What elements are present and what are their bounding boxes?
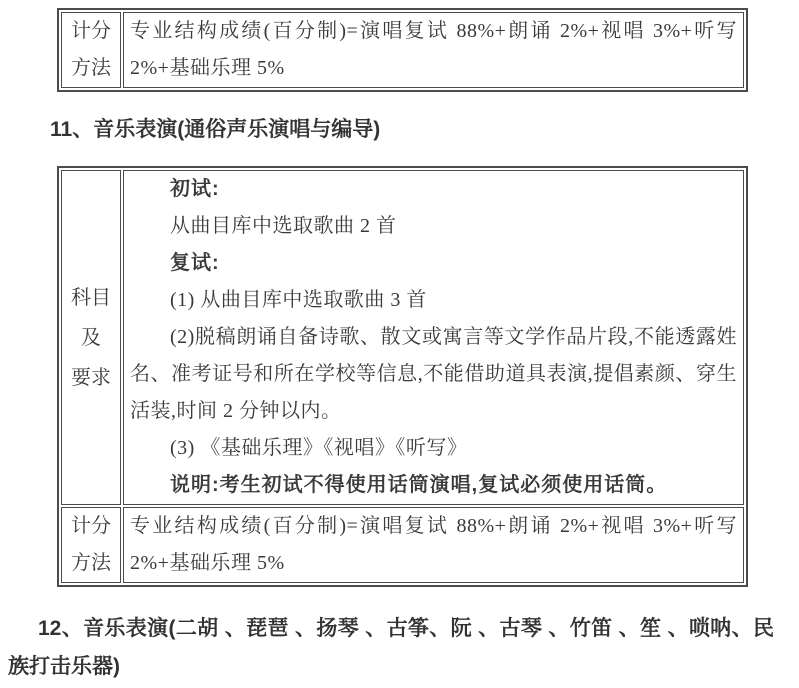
requirement-paragraph: 说明:考生初试不得使用话筒演唱,复试必须使用话筒。 (130, 467, 737, 504)
scoring-method-table-top: 计分 方法 专业结构成绩(百分制)=演唱复试 88%+朗诵 2%+视唱 3%+听… (57, 8, 748, 92)
requirements-cell: 初试:从曲目库中选取歌曲 2 首复试:(1) 从曲目库中选取歌曲 3 首(2)脱… (123, 170, 744, 505)
requirement-paragraph: (3) 《基础乐理》《视唱》《听写》 (130, 430, 737, 467)
section-11-heading: 11、音乐表演(通俗声乐演唱与编导) (8, 111, 792, 149)
scoring-method-header-line: 计分 (62, 508, 120, 545)
requirement-paragraph: (1) 从曲目库中选取歌曲 3 首 (130, 282, 737, 319)
section-12-heading: 12、音乐表演(二胡 、琵琶 、扬琴 、古筝、阮 、古琴 、竹笛 、笙 、唢呐、… (8, 610, 774, 686)
scoring-method-header-cell: 计分 方法 (61, 507, 121, 583)
scoring-method-header-cell: 计分 方法 (61, 12, 121, 88)
subjects-header-line: 要求 (62, 358, 120, 398)
requirement-paragraph: 从曲目库中选取歌曲 2 首 (130, 208, 737, 245)
requirement-paragraph: (2)脱稿朗诵自备诗歌、散文或寓言等文学作品片段,不能透露姓名、准考证号和所在学… (130, 319, 737, 430)
scoring-formula-text: 专业结构成绩(百分制)=演唱复试 88%+朗诵 2%+视唱 3%+听写 2%+基… (123, 12, 744, 88)
requirement-paragraphs: 初试:从曲目库中选取歌曲 2 首复试:(1) 从曲目库中选取歌曲 3 首(2)脱… (130, 171, 737, 504)
scoring-method-row: 计分 方法 专业结构成绩(百分制)=演唱复试 88%+朗诵 2%+视唱 3%+听… (61, 12, 744, 88)
scoring-method-header-line: 计分 (62, 13, 120, 50)
subjects-header-line: 科目 (62, 278, 120, 318)
subjects-header-cell: 科目 及 要求 (61, 170, 121, 505)
scoring-method-header-line: 方法 (62, 50, 120, 87)
scoring-method-row: 计分 方法 专业结构成绩(百分制)=演唱复试 88%+朗诵 2%+视唱 3%+听… (61, 507, 744, 583)
requirement-paragraph: 初试: (130, 171, 737, 208)
scoring-formula-text: 专业结构成绩(百分制)=演唱复试 88%+朗诵 2%+视唱 3%+听写 2%+基… (123, 507, 744, 583)
document-page: 计分 方法 专业结构成绩(百分制)=演唱复试 88%+朗诵 2%+视唱 3%+听… (0, 0, 799, 688)
subjects-header-line: 及 (62, 318, 120, 358)
scoring-method-header-line: 方法 (62, 545, 120, 582)
requirement-paragraph: 复试: (130, 245, 737, 282)
subjects-requirements-row: 科目 及 要求 初试:从曲目库中选取歌曲 2 首复试:(1) 从曲目库中选取歌曲… (61, 170, 744, 505)
exam-requirements-table: 科目 及 要求 初试:从曲目库中选取歌曲 2 首复试:(1) 从曲目库中选取歌曲… (57, 166, 748, 587)
